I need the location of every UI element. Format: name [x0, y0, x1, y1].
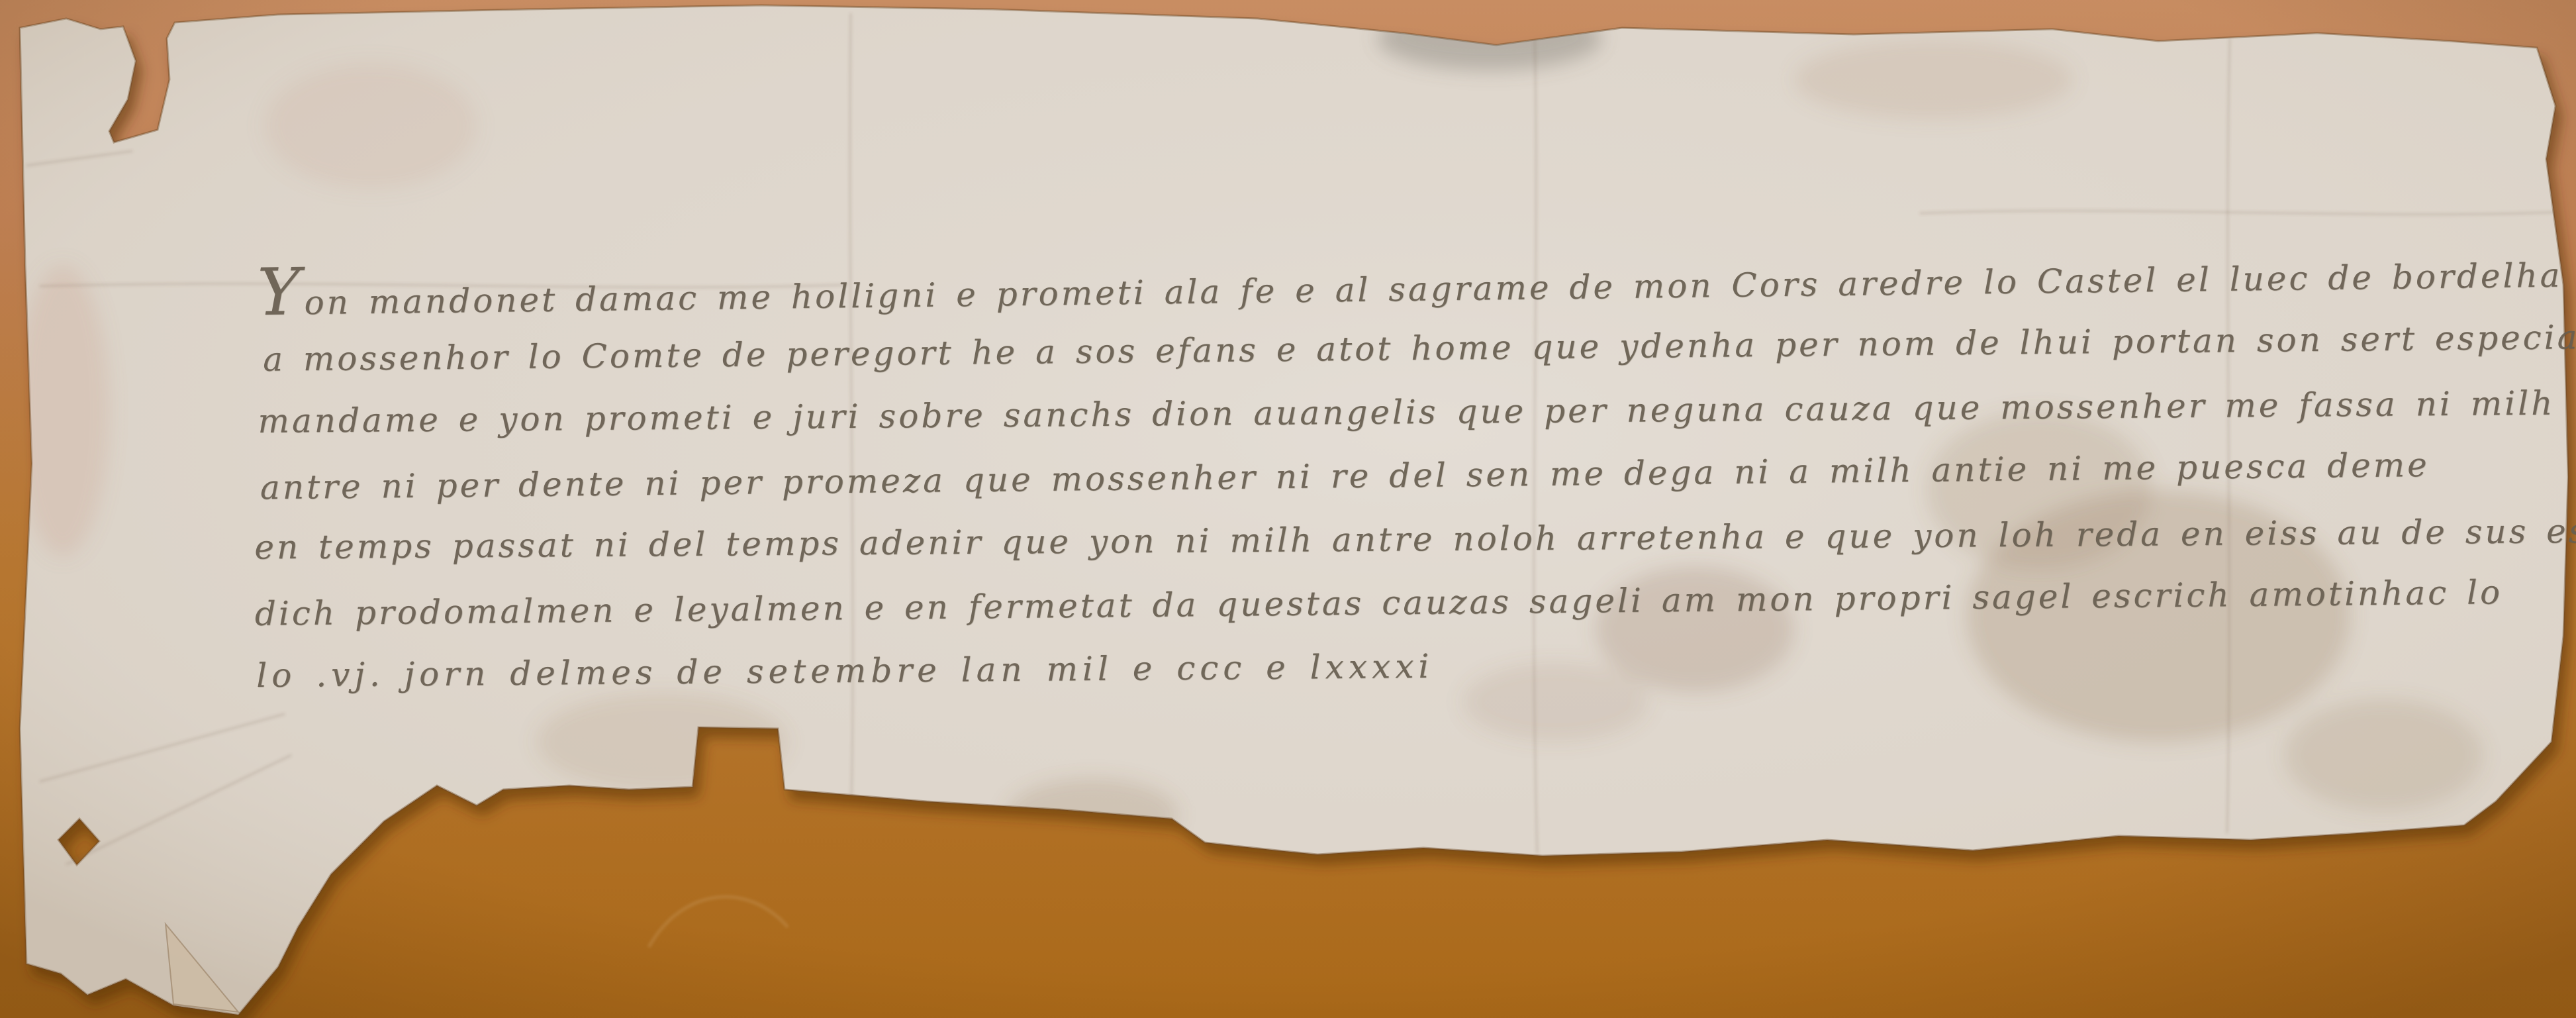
stain-lower-right: [2284, 699, 2483, 811]
photo-canvas: Yon mandonet damac me holligni e prometi…: [0, 0, 2576, 1018]
stain-upper-left-pink: [265, 63, 477, 189]
stain-left-edge: [17, 265, 109, 556]
manuscript-line-2: a mossenhor lo Comte de peregort he a so…: [263, 319, 2441, 379]
manuscript-line-4: antre ni per dente ni per promeza que mo…: [260, 446, 2442, 507]
manuscript-line-5: en temps passat ni del temps adenir que …: [254, 513, 2442, 566]
manuscript-line-3: mandame e yon prometi e juri sobre sanch…: [258, 385, 2441, 440]
stain-top-right: [1794, 40, 2072, 119]
manuscript-line-6: dich prodomalmen e leyalmen e en fermeta…: [255, 574, 2442, 633]
manuscript-text-block: Yon mandonet damac me holligni e prometi…: [256, 262, 2443, 716]
manuscript-line-7: lo .vj. jorn delmes de setembre lan mil …: [256, 639, 2442, 695]
